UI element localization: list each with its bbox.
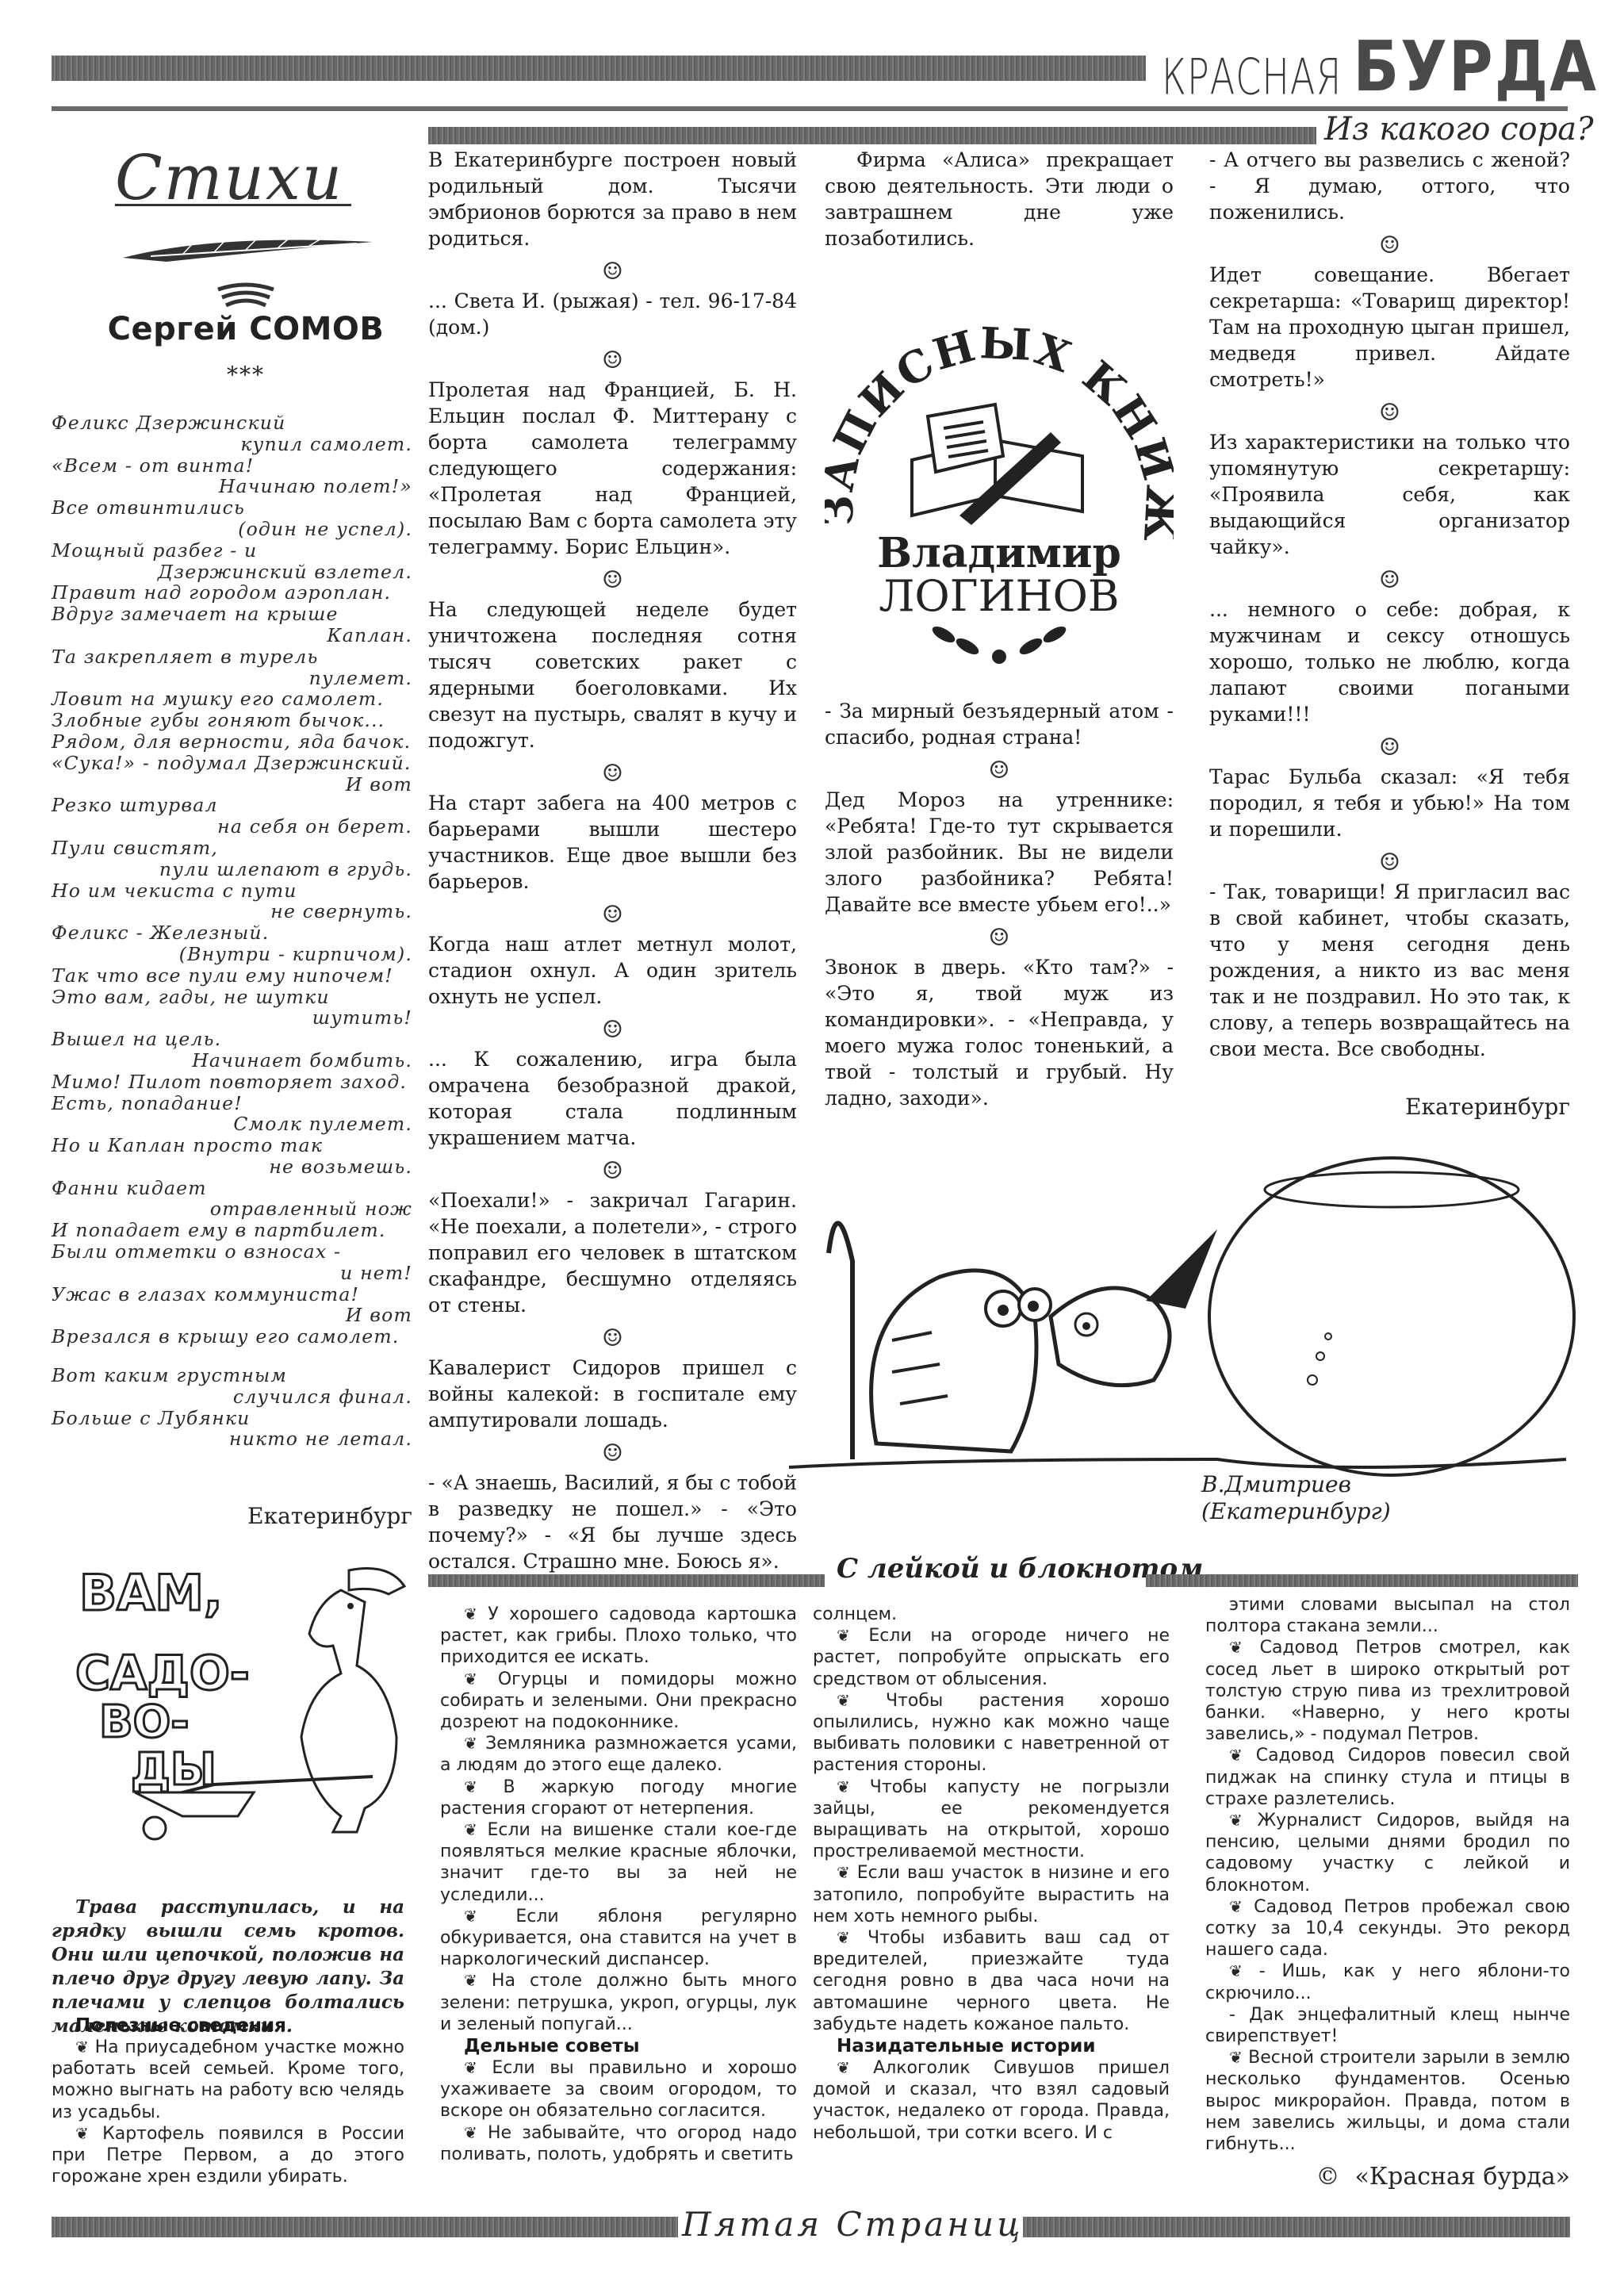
- page-title: Пятая Страница: [682, 2205, 1046, 2244]
- garden-tip: этими словами высыпал на стол полтора ст…: [1205, 1594, 1570, 1637]
- text: Журналист Сидоров, выйдя на пенсию, целы…: [1205, 1811, 1570, 1896]
- garden-tip: ❦ Земляника размножается усами, а людям …: [440, 1733, 797, 1776]
- poem-line: Вышел на цель.: [52, 1029, 412, 1050]
- cartoon-caption: В.Дмитриев (Екатеринбург): [1201, 1471, 1391, 1525]
- section-bar: [1146, 1574, 1578, 1587]
- jokes-column-3: Фирма «Алиса» прекращает свою деятельнос…: [825, 147, 1174, 256]
- garden-column-4: этими словами высыпал на стол полтора ст…: [1205, 1594, 1570, 2187]
- poem-line: Пули свистят,: [52, 838, 412, 859]
- leaf-bullet-icon: ❦: [464, 1971, 477, 1990]
- leaf-bullet-icon: ❦: [75, 2037, 89, 2057]
- smiley-separator-icon: ☺: [1209, 397, 1570, 429]
- leaf-bullet-icon: ❦: [837, 1863, 850, 1882]
- text: Чтобы избавить ваш сад от вредителей, пр…: [813, 1928, 1170, 2034]
- smiley-separator-icon: ☺: [428, 1438, 797, 1470]
- joke-text: Кавалерист Сидоров пришел с войны калеко…: [428, 1355, 797, 1433]
- joke-text: - За мирный безъядерный атом - спасибо, …: [825, 698, 1174, 750]
- leaf-bullet-icon: ❦: [464, 1907, 477, 1926]
- section-bar: [428, 1574, 825, 1587]
- svg-text:САДО-: САДО-: [75, 1646, 250, 1701]
- garden-tip: ❦ Журналист Сидоров, выйдя на пенсию, це…: [1205, 1810, 1570, 1896]
- smiley-separator-icon: ☺: [428, 758, 797, 790]
- text: У хорошего садовода картошка растет, как…: [440, 1604, 797, 1667]
- leaf-bullet-icon: ❦: [464, 2058, 477, 2077]
- poem-line: Были отметки о взносах -: [52, 1241, 412, 1263]
- garden-tip: ❦ - Ишь, как у него яблони-то скрючило..…: [1205, 1961, 1570, 2003]
- leaf-bullet-icon: ❦: [837, 1777, 850, 1796]
- garden-tip: ❦ Если яблоня регулярно обкуривается, он…: [440, 1906, 797, 1971]
- text: Земляника размножается усами, а людям до…: [440, 1734, 797, 1775]
- section-bar: [428, 127, 1316, 144]
- poem-line: пулемет.: [52, 668, 412, 689]
- text: Если на огороде ничего не растет, попроб…: [813, 1626, 1170, 1689]
- copyright-notice: © «Красная бурда»: [1205, 2166, 1570, 2187]
- garden-tip: ❦ Если ваш участок в низине и его затопи…: [813, 1862, 1170, 1927]
- smiley-separator-icon: ☺: [428, 1156, 797, 1187]
- jokes-column-4: - А отчего вы развелись с женой? - Я дум…: [1209, 147, 1570, 1120]
- poem-line: Феликс - Железный.: [52, 922, 412, 944]
- joke-text: - «А знаешь, Василий, я бы с тобой в раз…: [428, 1470, 797, 1574]
- garden-tip: ❦ Весной строители зарыли в землю нескол…: [1205, 2047, 1570, 2155]
- cartoon-author: В.Дмитриев: [1201, 1471, 1391, 1498]
- garden-tip: ❦ У хорошего садовода картошка растет, к…: [440, 1604, 797, 1669]
- text: На приусадебном участке можно работать в…: [52, 2037, 404, 2122]
- laurel-icon: [930, 623, 1069, 664]
- garden-tip: ❦ Садовод Сидоров повесил свой пиджак на…: [1205, 1745, 1570, 1810]
- leaf-bullet-icon: ❦: [464, 1669, 477, 1689]
- smiley-separator-icon: ☺: [1209, 847, 1570, 879]
- poem-line: Начинает бомбить.: [52, 1050, 412, 1071]
- poem-line: не свернуть.: [52, 901, 412, 922]
- text: На столе должно быть много зелени: петру…: [440, 1971, 797, 2034]
- poem-city: Екатеринбург: [52, 1503, 412, 1529]
- garden-tip: солнцем.: [813, 1604, 1170, 1625]
- emblem-first-name: Владимир: [877, 529, 1121, 577]
- poem-line: отравленный нож: [52, 1198, 412, 1220]
- poem-line: случился финал.: [52, 1386, 412, 1408]
- poem-line: Дзержинский взлетел.: [52, 562, 412, 583]
- open-book-icon: [912, 404, 1082, 525]
- garden-tip: ❦ Чтобы растения хорошо опылились, нужно…: [813, 1690, 1170, 1777]
- poem-line: и нет!: [52, 1263, 412, 1284]
- leaf-bullet-icon: ❦: [1229, 2048, 1243, 2067]
- text: Садовод Петров смотрел, как сосед льет в…: [1205, 1638, 1570, 1744]
- poem-line: Но и Каплан просто так: [52, 1135, 412, 1156]
- poem-line: Та закрепляет в турель: [52, 646, 412, 668]
- gardener-illustration: ВАМ, САДО- ВО- ДЫ: [56, 1554, 420, 1872]
- poem-line: (Внутри - кирпичом).: [52, 944, 412, 965]
- poem-line: Резко штурвал: [52, 795, 412, 816]
- garden-tip: ❦ Садовод Петров пробежал свою сотку за …: [1205, 1896, 1570, 1961]
- poem-line: Фанни кидает: [52, 1178, 412, 1199]
- garden-tip: ❦ Картофель появился в России при Петре …: [52, 2123, 404, 2188]
- cartoon-city: (Екатеринбург): [1201, 1498, 1391, 1525]
- garden-tip: ❦ Если вы правильно и хорошо ухаживаете …: [440, 2057, 797, 2122]
- poem-body: Феликс Дзержинскийкупил самолет.«Всем - …: [52, 412, 412, 1450]
- subsection-heading: Дельные советы: [464, 2035, 797, 2057]
- garden-column-2: ❦ У хорошего садовода картошка растет, к…: [440, 1604, 797, 2165]
- poem-line: И вот: [52, 1305, 412, 1326]
- poem-line: (один не успел).: [52, 519, 412, 540]
- smiley-separator-icon: ☺: [428, 1323, 797, 1355]
- garden-tip: ❦ Алкоголик Сивушов пришел домой и сказа…: [813, 2057, 1170, 2144]
- poem-line: Ужас в глазах коммуниста!: [52, 1284, 412, 1305]
- poem-line: Каплан.: [52, 625, 412, 646]
- poem-line: Смолк пулемет.: [52, 1114, 412, 1135]
- leaf-bullet-icon: ❦: [464, 2123, 477, 2142]
- joke-text: - Так, товарищи! Я пригласил вас в свой …: [1209, 879, 1570, 1062]
- subsection-heading: Полезные сведения: [75, 2014, 404, 2037]
- poetry-label: Стихи: [115, 143, 343, 214]
- text: Чтобы капусту не погрызли зайцы, ее реко…: [813, 1777, 1170, 1862]
- text: Весной строители зарыли в землю нескольк…: [1205, 2048, 1570, 2154]
- garden-tip: ❦ Огурцы и помидоры можно собирать и зел…: [440, 1669, 797, 1734]
- text: - Ишь, как у него яблони-то скрючило...: [1205, 1961, 1570, 2003]
- poem-line: Рядом, для верности, яда бачок.: [52, 731, 412, 753]
- text: солнцем.: [813, 1604, 897, 1624]
- text: Назидательные истории: [837, 2036, 1096, 2057]
- emblem-arc-text: ИЗ ЗАПИСНЫХ КНИЖЕК: [825, 278, 1174, 550]
- joke-text: ... немного о себе: добрая, к мужчинам и…: [1209, 596, 1570, 727]
- joke-text: ... Света И. (рыжая) - тел. 96-17-84 (до…: [428, 288, 797, 340]
- text: Дельные советы: [464, 2036, 640, 2057]
- joke-text: Тарас Бульба сказал: «Я тебя породил, я …: [1209, 764, 1570, 842]
- text: Не забывайте, что огород надо поливать, …: [440, 2123, 797, 2164]
- garden-tip: ❦ В жаркую погоду многие растения сгораю…: [440, 1777, 797, 1819]
- text: Алкоголик Сивушов пришел домой и сказал,…: [813, 2058, 1170, 2143]
- jokes-column-2: В Екатеринбурге построен новый родильный…: [428, 147, 797, 1579]
- text: Картофель появился в России при Петре Пе…: [52, 2124, 404, 2187]
- poem-line: купил самолет.: [52, 434, 412, 455]
- poem-line: Все отвинтились: [52, 497, 412, 519]
- poem-line: Так что все пули ему нипочем!: [52, 965, 412, 987]
- poem-line: Врезался в крышу его самолет.: [52, 1326, 412, 1347]
- poem-line: Но им чекиста с пути: [52, 880, 412, 902]
- text: Если ваш участок в низине и его затопило…: [813, 1863, 1170, 1926]
- poem-line: Мощный разбег - и: [52, 540, 412, 562]
- text: Садовод Сидоров повесил свой пиджак на с…: [1205, 1746, 1570, 1808]
- poem-line: Правит над городом аэроплан.: [52, 582, 412, 604]
- garden-tip: ❦ Если на вишенке стали кое-где появлять…: [440, 1819, 797, 1906]
- smiley-separator-icon: ☺: [428, 1014, 797, 1046]
- smiley-separator-icon: ☺: [1209, 732, 1570, 764]
- joke-text: ... К сожалению, игра была омрачена безо…: [428, 1046, 797, 1151]
- smiley-separator-icon: ☺: [1209, 230, 1570, 262]
- poem-line: Больше с Лубянки: [52, 1408, 412, 1429]
- garden-tip: ❦ На столе должно быть много зелени: пет…: [440, 1970, 797, 2035]
- footer-bar: [1023, 2217, 1570, 2237]
- poem-line: «Сука!» - подумал Дзержинский.: [52, 753, 412, 774]
- banner-word-vam: ВАМ,: [79, 1564, 223, 1622]
- poem-line: на себя он берет.: [52, 816, 412, 838]
- jokes-column-3-lower: - За мирный безъядерный атом - спасибо, …: [825, 698, 1174, 1116]
- smiley-separator-icon: ☺: [825, 755, 1174, 787]
- joke-text: Фирма «Алиса» прекращает свою деятельнос…: [825, 147, 1174, 251]
- smiley-separator-icon: ☺: [825, 922, 1174, 954]
- svg-text:ВО-: ВО-: [99, 1696, 190, 1748]
- garden-tip: ❦ Чтобы капусту не погрызли зайцы, ее ре…: [813, 1777, 1170, 1863]
- poetry-header: Стихи Сергей СОМОВ ***: [79, 127, 412, 381]
- garden-tip: ❦ На приусадебном участке можно работать…: [52, 2037, 404, 2123]
- garden-tip: ❦ Чтобы избавить ваш сад от вредителей, …: [813, 1927, 1170, 2035]
- joke-text: Идет совещание. Вбегает секретарша: «Тов…: [1209, 262, 1570, 393]
- poem-line: никто не летал.: [52, 1428, 412, 1450]
- joke-text: На следующей неделе будет уничтожена пос…: [428, 596, 797, 753]
- flourish-ornament-icon: [214, 282, 278, 313]
- poem-line: И попадает ему в партбилет.: [52, 1220, 412, 1241]
- text: Полезные сведения: [75, 2015, 286, 2036]
- poem-line: шутить!: [52, 1007, 412, 1029]
- leaf-bullet-icon: ❦: [1229, 1961, 1243, 1980]
- text: Чтобы растения хорошо опылились, нужно к…: [813, 1691, 1170, 1776]
- poem-line: Феликс Дзержинский: [52, 412, 412, 434]
- city-signature: Екатеринбург: [1209, 1094, 1570, 1120]
- smiley-separator-icon: ☺: [428, 899, 797, 931]
- poem-line: Злобные губы гоняют бычок...: [52, 710, 412, 731]
- section-title: Из какого сора?: [1324, 111, 1594, 148]
- leaf-bullet-icon: ❦: [1229, 1638, 1243, 1657]
- leaf-bullet-icon: ❦: [837, 1626, 850, 1645]
- notebook-emblem: ИЗ ЗАПИСНЫХ КНИЖЕК Владимир ЛОГИНОВ: [825, 278, 1174, 674]
- garden-tip: ❦ Не забывайте, что огород надо поливать…: [440, 2122, 797, 2165]
- poem-line: [52, 1347, 412, 1365]
- poem-line: Вдруг замечает на крыше: [52, 604, 412, 625]
- garden-column-1: Полезные сведения❦ На приусадебном участ…: [52, 2014, 404, 2187]
- smiley-separator-icon: ☺: [428, 565, 797, 596]
- poem-line: «Всем - от винта!: [52, 455, 412, 477]
- text: В жаркую погоду многие растения сгорают …: [440, 1777, 797, 1819]
- smiley-separator-icon: ☺: [428, 345, 797, 377]
- newspaper-title: КРАСНАЯ БУРДА: [1162, 38, 1574, 102]
- quill-feather-icon: [119, 226, 381, 274]
- text: Садовод Петров пробежал свою сотку за 10…: [1205, 1897, 1570, 1960]
- poem-line: пули шлепают в грудь.: [52, 859, 412, 880]
- joke-text: «Поехали!» - закричал Гагарин. «Не поеха…: [428, 1187, 797, 1318]
- text: Если на вишенке стали кое-где появляться…: [440, 1820, 797, 1905]
- joke-text: На старт забега на 400 метров с барьерам…: [428, 790, 797, 895]
- leaf-bullet-icon: ❦: [464, 1820, 477, 1839]
- poem-line: Вот каким грустным: [52, 1365, 412, 1386]
- text: Огурцы и помидоры можно собирать и зелен…: [440, 1669, 797, 1732]
- garden-tip: - Дак энцефалитный клещ нынче свирепству…: [1205, 2004, 1570, 2047]
- poet-name: Сергей СОМОВ: [79, 311, 412, 347]
- joke-text: Пролетая над Францией, Б. Н. Ельцин посл…: [428, 377, 797, 560]
- leaf-bullet-icon: ❦: [837, 1928, 850, 1947]
- poem-line: И вот: [52, 774, 412, 795]
- masthead-bar: [52, 56, 1146, 81]
- subsection-heading: Назидательные истории: [837, 2035, 1170, 2057]
- joke-text: - А отчего вы развелись с женой? - Я дум…: [1209, 147, 1570, 225]
- text: этими словами высыпал на стол полтора ст…: [1205, 1595, 1570, 1636]
- poem-line: Есть, попадание!: [52, 1093, 412, 1114]
- garden-column-3: солнцем.❦ Если на огороде ничего не раст…: [813, 1604, 1170, 2144]
- joke-text: В Екатеринбурге построен новый родильный…: [428, 147, 797, 251]
- footer-bar: [52, 2217, 678, 2237]
- poem-separator: ***: [79, 362, 412, 388]
- cat-and-fish-cartoon: [773, 1142, 1598, 1491]
- leaf-bullet-icon: ❦: [464, 1777, 477, 1796]
- leaf-bullet-icon: ❦: [1229, 1811, 1243, 1830]
- garden-tip: ❦ Садовод Петров смотрел, как сосед льет…: [1205, 1637, 1570, 1745]
- leaf-bullet-icon: ❦: [464, 1604, 477, 1623]
- emblem-last-name: ЛОГИНОВ: [879, 571, 1119, 621]
- poem-line: Ловит на мушку его самолет.: [52, 688, 412, 710]
- joke-text: Из характеристики на только что упомянут…: [1209, 429, 1570, 560]
- text: - Дак энцефалитный клещ нынче свирепству…: [1205, 2005, 1570, 2046]
- garden-tip: ❦ Если на огороде ничего не растет, попр…: [813, 1625, 1170, 1690]
- leaf-bullet-icon: ❦: [1229, 1746, 1243, 1765]
- poem-line: не возьмешь.: [52, 1156, 412, 1178]
- leaf-bullet-icon: ❦: [464, 1734, 477, 1753]
- title-bold: БУРДА: [1353, 33, 1598, 102]
- poem-line: Это вам, гады, не шутки: [52, 987, 412, 1008]
- joke-text: Когда наш атлет метнул молот, стадион ох…: [428, 931, 797, 1010]
- leaf-bullet-icon: ❦: [837, 1691, 850, 1710]
- joke-text: Дед Мороз на утреннике: «Ребята! Где-то …: [825, 787, 1174, 918]
- text: Если яблоня регулярно обкуривается, она …: [440, 1907, 797, 1969]
- leaf-bullet-icon: ❦: [837, 2058, 850, 2077]
- text: Если вы правильно и хорошо ухаживаете за…: [440, 2058, 797, 2121]
- joke-text: Звонок в дверь. «Кто там?» - «Это я, тво…: [825, 954, 1174, 1111]
- leaf-bullet-icon: ❦: [1229, 1897, 1243, 1916]
- leaf-bullet-icon: ❦: [75, 2124, 89, 2143]
- svg-text:ИЗ ЗАПИСНЫХ КНИЖЕК: ИЗ ЗАПИСНЫХ КНИЖЕК: [825, 278, 1174, 550]
- smiley-separator-icon: ☺: [1209, 565, 1570, 596]
- title-light: КРАСНАЯ: [1162, 52, 1342, 102]
- smiley-separator-icon: ☺: [428, 256, 797, 288]
- poem-line: Мимо! Пилот повторяет заход.: [52, 1071, 412, 1093]
- poem-line: Начинаю полет!»: [52, 476, 412, 497]
